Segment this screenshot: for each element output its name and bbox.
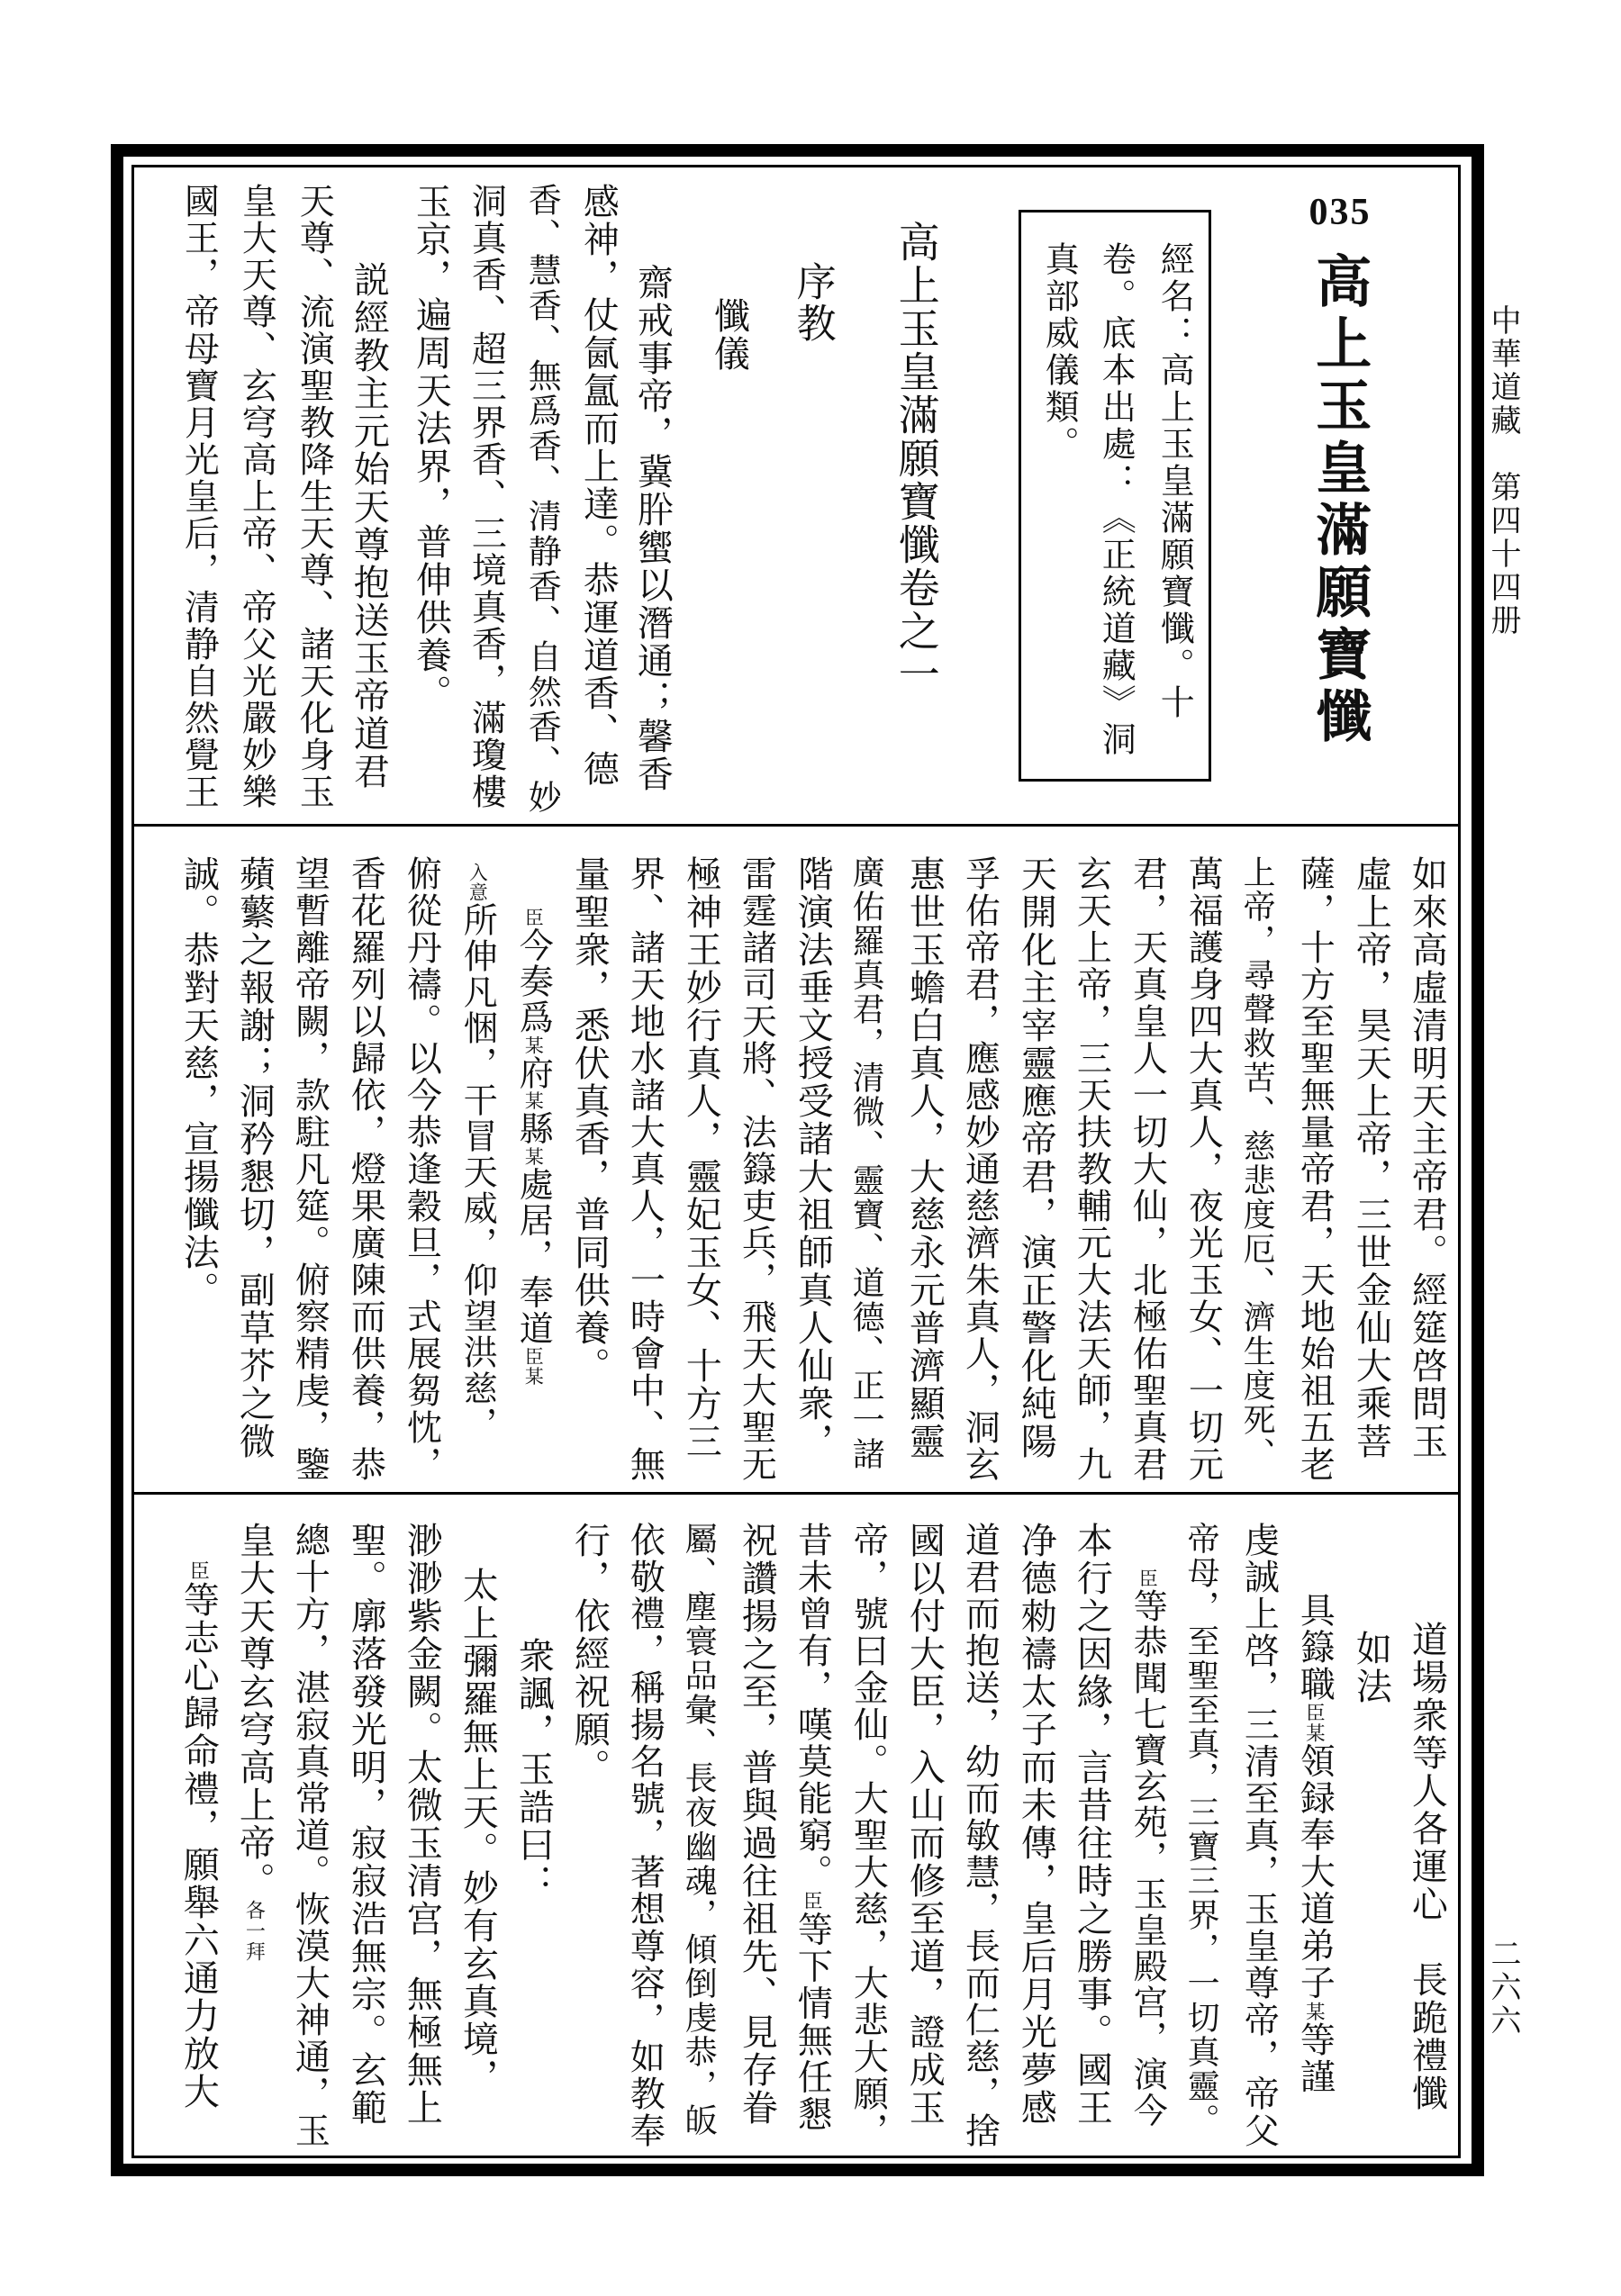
text-column: 廣佑羅真君，清微、靈寶、道德、正一諸 xyxy=(849,855,883,1471)
text-column: 齋戒事帝，冀肸蠁以潛通；馨香 xyxy=(633,264,671,793)
text-column: 具籙職臣某領録奉大道弟子某等謹 xyxy=(1296,1592,1333,2095)
text-column: 祝讚揚之至，普與過往祖先、見存眷 xyxy=(738,1522,775,2127)
info-box-column: 經名：高上玉皇滿願寶懺。十 xyxy=(1155,241,1191,721)
text-column: 香、慧香、無爲香、清静香、自然香、妙 xyxy=(523,183,558,815)
text-column: 雷霆諸司天將、法籙吏兵，飛天大聖无 xyxy=(738,855,774,1483)
text-column: 净德勑禱太子而未傳，皇后月光夢感 xyxy=(1017,1522,1055,2127)
margin-page-number: 二六六 xyxy=(1486,1938,1518,2038)
text-column: 説經教主元始天尊抱送玉帝道君 xyxy=(349,261,387,791)
text-column: 皇大天尊玄穹高上帝。各一拜 xyxy=(235,1522,273,1962)
text-column: 量聖衆，悉伏真香，普同供養。 xyxy=(570,855,608,1385)
text-column: 總十方，湛寂真常道。恢漠大神通，玉 xyxy=(291,1522,328,2149)
text-column: 太上彌羅無上天。妙有玄真境， xyxy=(458,1567,496,2096)
text-column: 極神王妙行真人，靈妃玉女、十方三 xyxy=(682,855,720,1460)
text-column: 洞真香、超三界香、三境真香，滿瓊樓 xyxy=(467,183,504,810)
band-divider xyxy=(134,824,1458,827)
text-column: 蘋蘩之報謝；洞矜懇切，副草芥之微 xyxy=(235,855,273,1460)
band-divider xyxy=(134,1492,1458,1495)
info-box-column: 卷。底本出處：《正統道藏》洞 xyxy=(1097,241,1133,758)
text-column: 惠世玉蟾白真人，大慈永元普濟顯靈 xyxy=(905,855,943,1460)
text-column: 孚佑帝君，應感妙通慈濟朱真人，洞玄 xyxy=(961,855,998,1483)
text-column: 行，依經祝願。 xyxy=(570,1522,608,1786)
text-column: 依敬禮，稱揚名號，著想尊容，如教奉 xyxy=(626,1522,663,2149)
text-column: 望暫離帝闕，款駐凡筵。俯察精虔，鑒 xyxy=(291,855,328,1483)
text-column: 昔未曾有，嘆莫能窮。臣等下情無任懇 xyxy=(793,1522,830,2132)
text-column: 萬福護身四大真人，夜光玉女、一切元 xyxy=(1184,855,1221,1483)
text-column: 入意所伸凡悃，干冒天威，仰望洪慈， xyxy=(458,863,494,1442)
text-column: 虛上帝，昊天上帝，三世金仙大乘菩 xyxy=(1352,855,1390,1460)
text-column: 道君而抱送，幼而敏慧，長而仁慈，捨 xyxy=(961,1522,998,2149)
text-column: 階演法垂文授受諸大祖師真人仙衆， xyxy=(793,855,831,1460)
document-number: 035 xyxy=(1302,191,1378,234)
text-column: 君，天真皇人一切大仙，北極佑聖真君 xyxy=(1128,855,1165,1483)
main-title: 高上玉皇滿願寶懺 xyxy=(1308,252,1367,749)
text-column: 玄天上帝，三天扶教輔元大法天師，九 xyxy=(1073,855,1109,1483)
text-column: 虔誠上啓，三清至真，玉皇尊帝，帝父 xyxy=(1240,1522,1277,2149)
text-column: 天開化主宰靈應帝君，演正警化純陽 xyxy=(1017,855,1055,1460)
text-column: 臣等恭聞七寶玄苑，玉皇殿宫，演今 xyxy=(1128,1568,1164,2129)
text-column: 道場衆等人各運心 長跪禮懺 xyxy=(1408,1621,1445,2112)
text-column: 屬、塵寰品彙、長夜幽魂，傾倒虔恭，皈 xyxy=(682,1522,716,2138)
text-column: 國以付大臣，入山而修至道，證成玉 xyxy=(905,1522,943,2127)
text-column: 本行之因緣，言昔往時之勝事。國王 xyxy=(1073,1522,1110,2127)
text-column: 薩，十方至聖無量帝君，天地始祖五老 xyxy=(1296,855,1333,1483)
section-heading-column: 序教 xyxy=(791,261,833,344)
subsection-heading-column: 懺儀 xyxy=(710,297,747,373)
text-column: 玉京，遍周天法界，普伸供養。 xyxy=(412,183,449,712)
info-box-column: 真部威儀類。 xyxy=(1040,241,1076,463)
text-column: 聖。廓落發光明，寂寂浩無宗。玄範 xyxy=(347,1522,385,2127)
text-column: 皇大天尊、玄穹高上帝、帝父光嚴妙樂 xyxy=(238,183,275,810)
text-column: 如法 xyxy=(1352,1630,1390,1705)
margin-volume-label: 中華道藏 第四十四册 xyxy=(1486,304,1518,637)
text-column: 上帝，尋聲救苦、慈悲度厄、濟生度死、 xyxy=(1240,855,1274,1471)
text-column: 香花羅列以歸依，燈果廣陳而供養，恭 xyxy=(347,855,384,1483)
text-column: 衆諷，玉誥曰： xyxy=(514,1637,552,1902)
text-column: 國王，帝母寶月光皇后，清静自然覺王 xyxy=(180,183,217,810)
text-column: 誠。恭對天慈，宣揚懺法。 xyxy=(179,855,217,1309)
text-column: 帝母，至聖至真，三寶三界，一切真靈。 xyxy=(1184,1522,1218,2138)
text-column: 渺渺紫金闕。太微玉清宫，無極無上 xyxy=(403,1522,440,2127)
text-column: 感神，仗氤氲而上達。恭運道香、德 xyxy=(579,183,617,788)
text-column: 臣等志心歸命禮，願舉六通力放大 xyxy=(179,1560,217,2111)
text-column: 界、諸天地水諸大真人，一時會中、無 xyxy=(626,855,663,1483)
chapter-title-column: 高上玉皇滿願寶懺卷之一 xyxy=(893,221,937,696)
text-column: 俯從丹禱。以今恭逢穀旦，式展芻忱， xyxy=(403,855,439,1483)
text-column: 天尊、流演聖教降生天尊、諸天化身玉 xyxy=(295,183,332,810)
scanned-book-page: 035 高上玉皇滿願寶懺 經名：高上玉皇滿願寶懺。十 卷。底本出處：《正統道藏》… xyxy=(0,0,1621,2296)
text-column: 帝，號曰金仙。大聖大慈，大悲大願， xyxy=(849,1522,886,2149)
text-column: 如來高虛清明天主帝君。經筵啓問玉 xyxy=(1408,855,1445,1460)
text-column: 臣今奏爲某府某縣某處居，奉道臣某 xyxy=(514,908,550,1386)
